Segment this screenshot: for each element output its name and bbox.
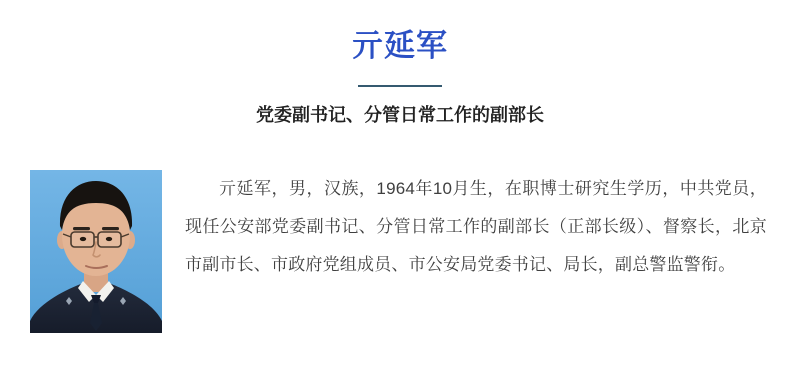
position-subtitle: 党委副书记、分管日常工作的副部长 xyxy=(0,87,800,128)
biography-text: 亓延军，男，汉族，1964年10月生，在职博士研究生学历，中共党员，现任公安部党… xyxy=(185,170,767,284)
portrait-illustration xyxy=(30,170,162,333)
profile-content: 亓延军，男，汉族，1964年10月生，在职博士研究生学历，中共党员，现任公安部党… xyxy=(0,170,800,333)
profile-page: 亓延军 党委副书记、分管日常工作的副部长 xyxy=(0,0,800,379)
page-title: 亓延军 xyxy=(0,0,800,65)
portrait-photo xyxy=(30,170,162,333)
